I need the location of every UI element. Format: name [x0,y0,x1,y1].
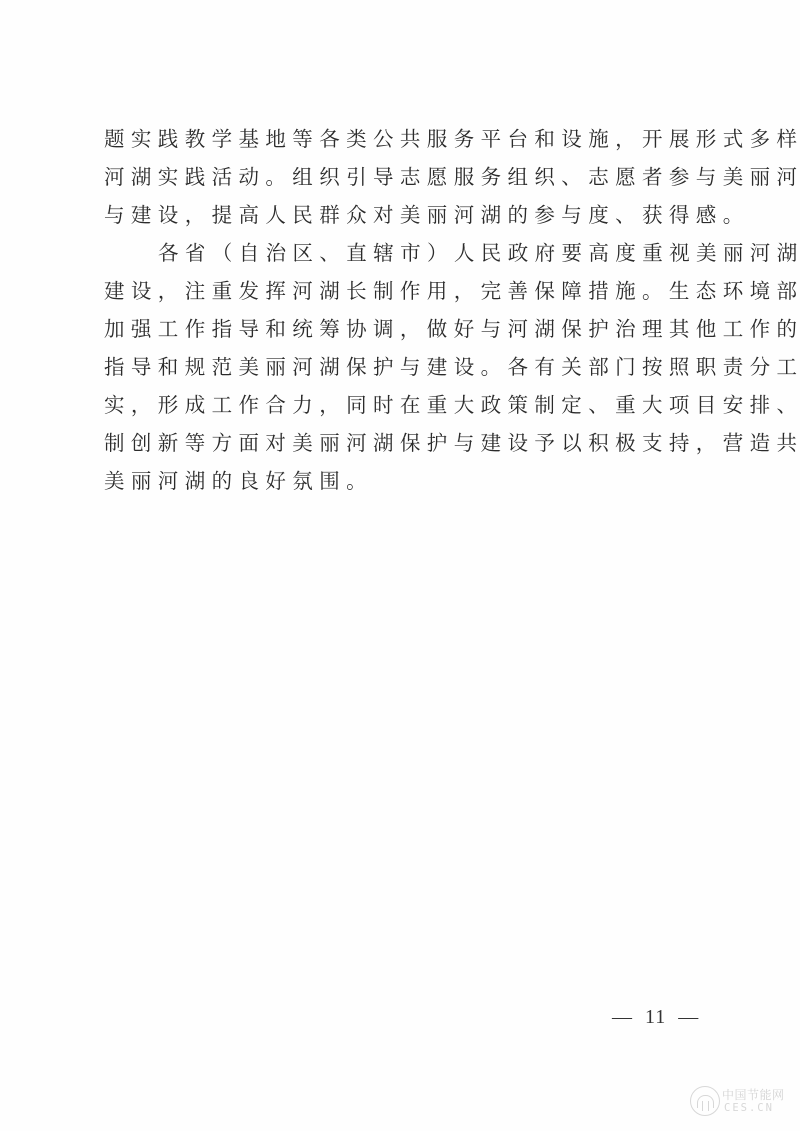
text-line: 各省（自治区、直辖市）人民政府要高度重视美丽河湖保护与 [104,234,704,272]
text-line: 建设，注重发挥河湖长制作用，完善保障措施。生态环境部进一步 [104,272,704,310]
page-number: — 11 — [612,1006,699,1029]
paragraph-2: 各省（自治区、直辖市）人民政府要高度重视美丽河湖保护与 建设，注重发挥河湖长制作… [104,234,704,500]
watermark-domain: CES.CN [724,1102,774,1114]
document-body: 题实践教学基地等各类公共服务平台和设施，开展形式多样的美丽 河湖实践活动。组织引… [104,120,704,500]
text-line: 加强工作指导和统筹协调，做好与河湖保护治理其他工作的衔接， [104,310,704,348]
text-line: 美丽河湖的良好氛围。 [104,462,704,500]
ces-logo-icon [690,1086,720,1116]
text-line: 与建设，提高人民群众对美丽河湖的参与度、获得感。 [104,196,704,234]
site-watermark: 中国节能网 CES.CN [690,1086,800,1122]
text-line: 实，形成工作合力，同时在重大政策制定、重大项目安排、重大体 [104,386,704,424]
document-page: 题实践教学基地等各类公共服务平台和设施，开展形式多样的美丽 河湖实践活动。组织引… [0,0,800,1131]
text-line: 河湖实践活动。组织引导志愿服务组织、志愿者参与美丽河湖保护 [104,158,704,196]
text-line: 制创新等方面对美丽河湖保护与建设予以积极支持，营造共建共享 [104,424,704,462]
text-line: 题实践教学基地等各类公共服务平台和设施，开展形式多样的美丽 [104,120,704,158]
text-line: 指导和规范美丽河湖保护与建设。各有关部门按照职责分工抓好落 [104,348,704,386]
watermark-site-name: 中国节能网 [722,1086,785,1103]
paragraph-1: 题实践教学基地等各类公共服务平台和设施，开展形式多样的美丽 河湖实践活动。组织引… [104,120,704,234]
